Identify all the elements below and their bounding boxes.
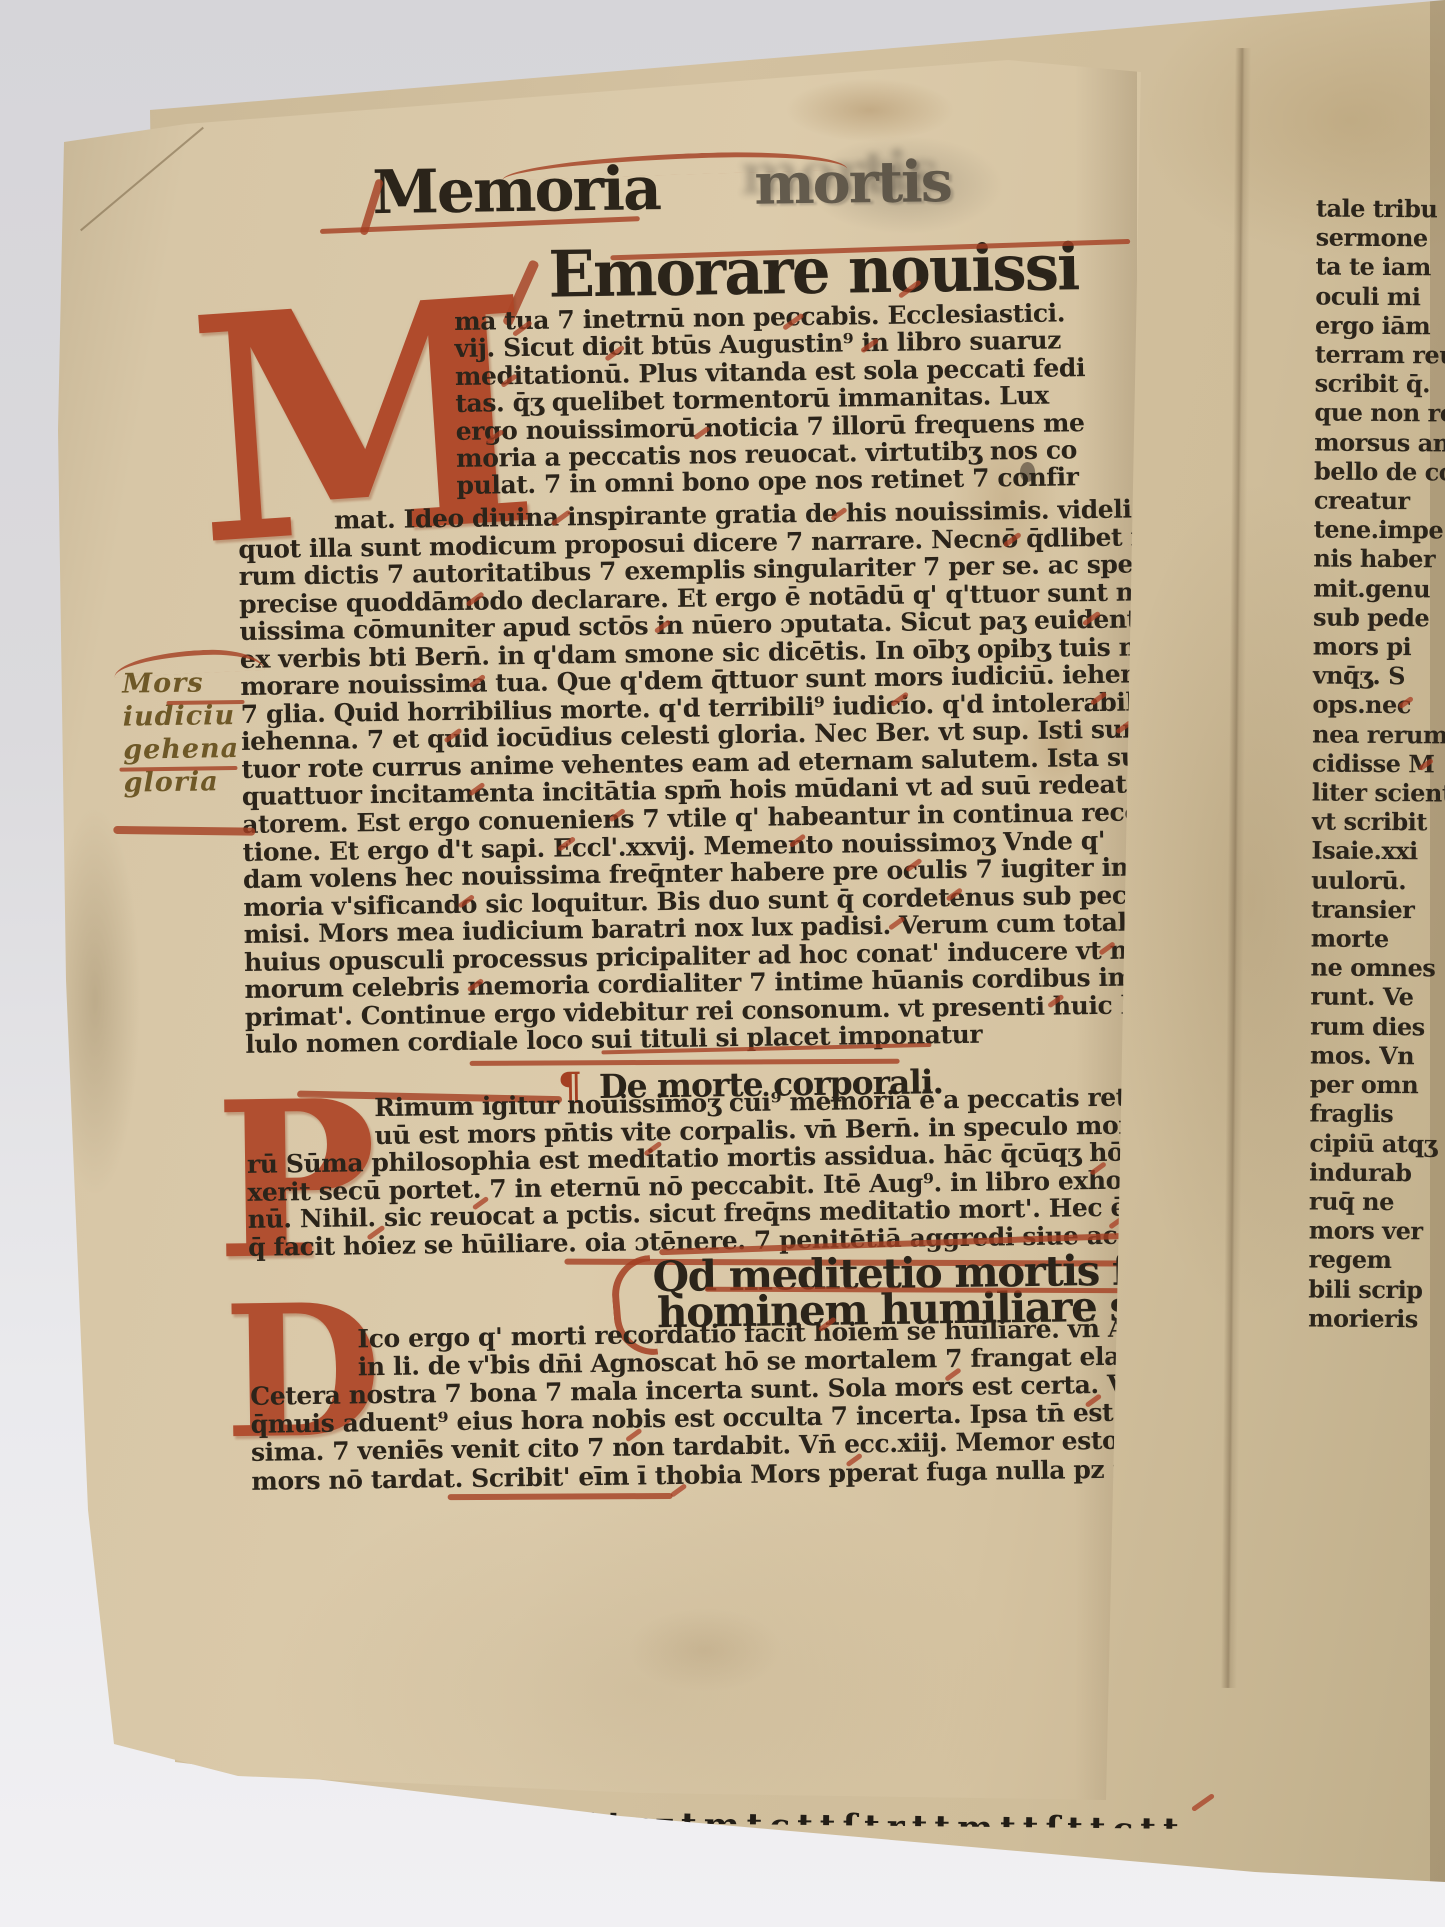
text-line: mors ver xyxy=(1309,1216,1442,1246)
text-line: mors pi xyxy=(1313,632,1445,662)
paragraph3-full-lines: Cetera nostra 7 bona 7 mala incerta sunt… xyxy=(250,1370,1199,1496)
text-line: scribit q̄. xyxy=(1315,369,1445,399)
paragraph1-indented-lines: ma tua 7 inetrnū non peccabis. Ecclesias… xyxy=(454,299,1087,500)
text-line: rum dies xyxy=(1310,1011,1443,1041)
text-line: sermone xyxy=(1316,223,1445,253)
text-line: uulorū. xyxy=(1311,865,1444,895)
text-line: regem xyxy=(1308,1245,1441,1275)
paragraph1-full-lines: mat. Ideo diuina inspirante gratia de hi… xyxy=(238,494,1274,1059)
text-line: indurab xyxy=(1309,1157,1442,1187)
text-line: ta te iam xyxy=(1315,252,1445,282)
text-line: nis haber xyxy=(1313,544,1445,574)
text-line: tale tribu xyxy=(1316,194,1445,224)
text-line: vnq̄ʒ. S xyxy=(1313,661,1445,691)
text-line: transier xyxy=(1311,894,1444,924)
text-line: que non re xyxy=(1314,398,1445,428)
text-line: morsus an xyxy=(1314,427,1445,457)
margin-note: gehena xyxy=(123,732,239,767)
rubrication-mark xyxy=(1191,1793,1215,1812)
text-line: bili scrip xyxy=(1308,1274,1441,1304)
text-line: mos. Vn xyxy=(1310,1040,1443,1070)
text-line: ne omnes xyxy=(1311,953,1444,983)
text-line: runt. Ve xyxy=(1310,982,1443,1012)
text-line: nea rerum xyxy=(1312,719,1445,749)
text-line: fraglis xyxy=(1309,1099,1442,1129)
text-line: oculi mi xyxy=(1315,281,1445,311)
text-line: terram reu xyxy=(1315,340,1445,370)
text-line: morte xyxy=(1311,924,1444,954)
text-line: vt scribit xyxy=(1312,807,1445,837)
text-line: sub pede xyxy=(1313,602,1445,632)
rubrication-layer xyxy=(0,0,1432,3)
text-line: Isaie.xxi xyxy=(1311,836,1444,866)
text-line: ruq̄ ne xyxy=(1309,1186,1442,1216)
text-line: tene.impe xyxy=(1314,515,1445,545)
next-page-text-column: tale tribusermoneta te iamoculi miergo i… xyxy=(1308,194,1445,1345)
text-line: bello de co xyxy=(1314,456,1445,486)
text-line: creatur xyxy=(1314,486,1445,516)
margin-notes: Morsiudiciugehenagloria xyxy=(122,666,240,800)
text-line: ergo iām xyxy=(1315,310,1445,340)
text-line: per omn xyxy=(1310,1070,1443,1100)
text-line: morieris xyxy=(1308,1303,1441,1333)
text-line: ops.nec xyxy=(1312,690,1445,720)
rubric-swoosh-margin xyxy=(113,826,255,836)
rubric-underline-scribitur xyxy=(448,1493,673,1500)
text-line: liter scient xyxy=(1312,778,1445,808)
paragraph2-full-lines: rū Sūma philosophia est meditatio mortis… xyxy=(247,1137,1220,1261)
text-line: mit.genu xyxy=(1313,573,1445,603)
photo-of-incunabulum-page: { "colors": { "table_surface": "#e5e4e8"… xyxy=(0,0,1445,1927)
page-crease xyxy=(1221,48,1251,1688)
text-line: cipiū atqʒ xyxy=(1309,1128,1442,1158)
